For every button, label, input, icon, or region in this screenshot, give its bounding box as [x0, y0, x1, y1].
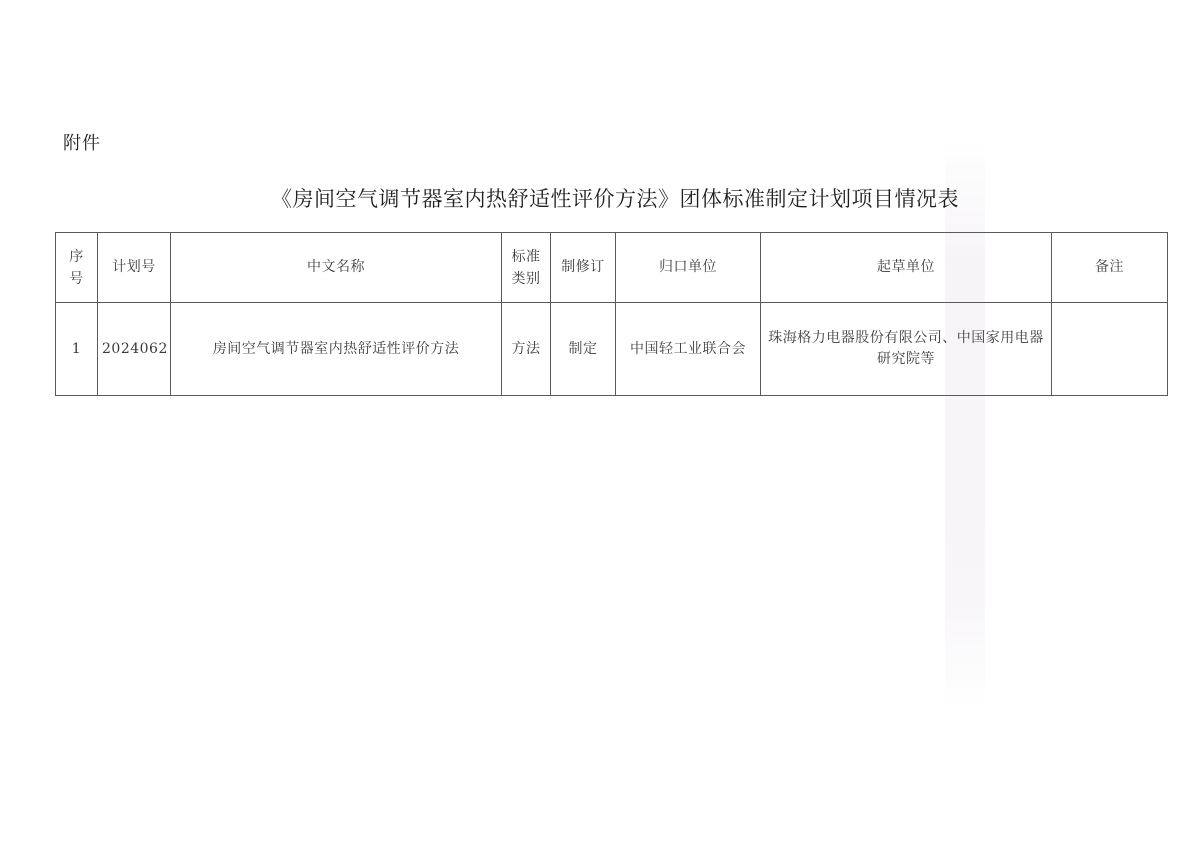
header-remarks: 备注	[1052, 233, 1168, 303]
table-header-row: 序 号 计划号 中文名称 标准 类别 制修订 归口单位 起草单位 备注	[56, 233, 1168, 303]
header-revision: 制修订	[551, 233, 616, 303]
standard-plan-table: 序 号 计划号 中文名称 标准 类别 制修订 归口单位 起草单位 备注 1 20…	[55, 232, 1168, 396]
header-std-type: 标准 类别	[502, 233, 551, 303]
header-std-type-line2: 类别	[511, 271, 540, 287]
document-title: 《房间空气调节器室内热舒适性评价方法》团体标准制定计划项目情况表	[0, 183, 1200, 213]
header-seq: 序 号	[56, 233, 98, 303]
cell-cn-name: 房间空气调节器室内热舒适性评价方法	[171, 303, 502, 396]
scan-bleed-through	[945, 140, 985, 710]
cell-seq: 1	[56, 303, 98, 396]
cell-revision: 制定	[551, 303, 616, 396]
header-plan-no: 计划号	[98, 233, 171, 303]
header-seq-line2: 号	[69, 271, 84, 287]
cell-plan-no: 2024062	[98, 303, 171, 396]
cell-drafter: 珠海格力电器股份有限公司、中国家用电器研究院等	[761, 303, 1052, 396]
cell-authority: 中国轻工业联合会	[616, 303, 761, 396]
attachment-label: 附件	[63, 129, 101, 155]
header-std-type-line1: 标准	[511, 249, 540, 265]
table-row: 1 2024062 房间空气调节器室内热舒适性评价方法 方法 制定 中国轻工业联…	[56, 303, 1168, 396]
header-cn-name: 中文名称	[171, 233, 502, 303]
header-seq-line1: 序	[69, 249, 84, 265]
cell-remarks	[1052, 303, 1168, 396]
cell-std-type: 方法	[502, 303, 551, 396]
header-authority: 归口单位	[616, 233, 761, 303]
header-drafter: 起草单位	[761, 233, 1052, 303]
